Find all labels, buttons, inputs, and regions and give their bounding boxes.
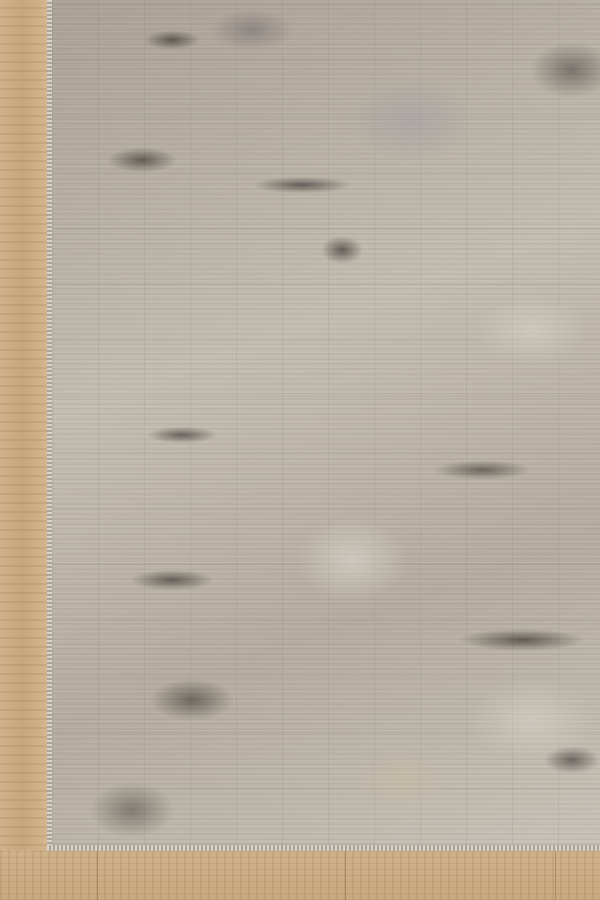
area-rug: [47, 0, 600, 850]
plank-seam: [97, 850, 98, 900]
plank-seam: [555, 850, 556, 900]
rug-binding-left: [47, 0, 52, 850]
wood-plank-left: [0, 0, 47, 900]
rug-binding-bottom: [47, 845, 600, 851]
plank-seam: [345, 850, 346, 900]
wood-plank-bottom: [0, 850, 600, 900]
